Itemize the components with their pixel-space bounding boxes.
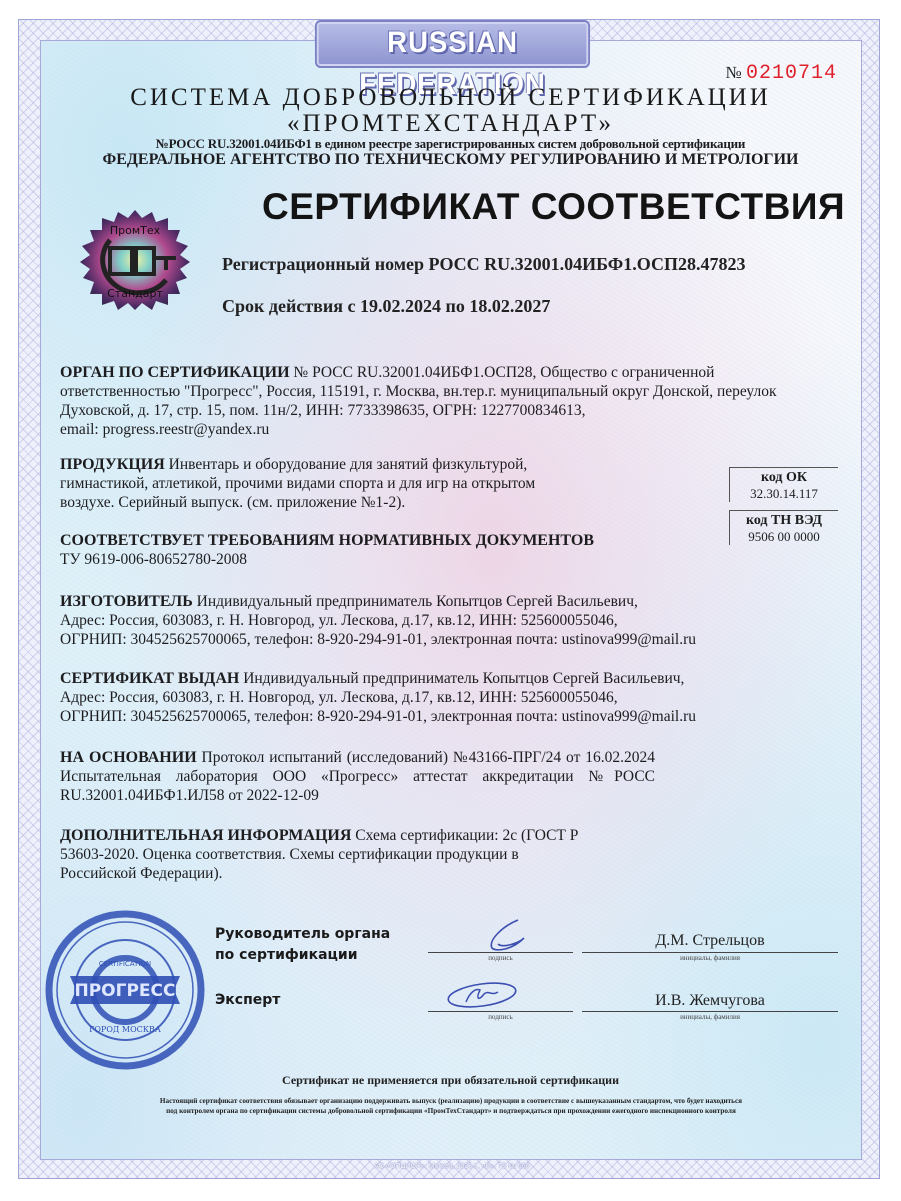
footer-note: Настоящий сертификат соответствия обязыв…	[75, 1096, 827, 1116]
svg-text:CERTIFICATION: CERTIFICATION	[99, 960, 151, 968]
expert-signature-icon	[440, 980, 520, 1012]
expert-name-line	[582, 1011, 838, 1012]
section-products: ПРОДУКЦИЯ Инвентарь и оборудование для з…	[60, 455, 820, 512]
expert-label: Эксперт	[215, 990, 280, 1011]
expert-signature-line	[428, 1011, 573, 1012]
promtechstandart-logo-icon: ПромТех Стандарт	[80, 210, 190, 310]
standard-value: ТУ 9619-006-80652780-2008	[60, 550, 820, 569]
svg-text:Стандарт: Стандарт	[107, 287, 163, 300]
svg-text:ГОРОД МОСКВА: ГОРОД МОСКВА	[89, 1025, 161, 1034]
agency-name: ФЕДЕРАЛЬНОЕ АГЕНТСТВО ПО ТЕХНИЧЕСКОМУ РЕ…	[0, 151, 901, 169]
serial-prefix: №	[726, 63, 742, 82]
section-label: ИЗГОТОВИТЕЛЬ	[60, 593, 193, 610]
name-caption: инициалы, фамилия	[582, 1013, 838, 1021]
registration-number: Регистрационный номер РОСС RU.32001.04ИБ…	[222, 254, 745, 275]
registry-line: №РОСС RU.32001.04ИБФ1 в едином реестре з…	[0, 136, 901, 152]
section-additional-info: ДОПОЛНИТЕЛЬНАЯ ИНФОРМАЦИЯ Схема сертифик…	[60, 826, 820, 883]
ok-code-box: код ОК 32.30.14.117	[729, 467, 838, 502]
svg-text:ПРОГРЕСС: ПРОГРЕСС	[75, 981, 176, 1001]
country-banner: RUSSIAN FEDERATION	[315, 20, 590, 68]
section-label: ДОПОЛНИТЕЛЬНАЯ ИНФОРМАЦИЯ	[60, 827, 351, 844]
section-compliance: СООТВЕТСТВУЕТ ТРЕБОВАНИЯМ НОРМАТИВНЫХ ДО…	[60, 531, 820, 569]
printer-imprint: АО «ОПЦИОН», Москва, 2023 г., «В», ТЗ № …	[374, 1163, 529, 1170]
svg-text:ПромТех: ПромТех	[110, 224, 161, 237]
expert-name: И.В. Жемчугова	[582, 992, 838, 1010]
section-issued-to: СЕРТИФИКАТ ВЫДАН Индивидуальный предприн…	[60, 669, 820, 726]
tnved-code-label: код ТН ВЭД	[730, 513, 838, 529]
validity-period: Срок действия с 19.02.2024 по 18.02.2027	[222, 296, 550, 317]
section-basis: НА ОСНОВАНИИ Протокол испытаний (исследо…	[60, 748, 655, 805]
name-caption: инициалы, фамилия	[582, 954, 838, 962]
head-name-line	[582, 952, 838, 953]
section-certification-body: ОРГАН ПО СЕРТИФИКАЦИИ № РОСС RU.32001.04…	[60, 363, 820, 439]
serial-value: 0210714	[746, 62, 837, 85]
system-title: СИСТЕМА ДОБРОВОЛЬНОЙ СЕРТИФИКАЦИИ	[0, 84, 901, 112]
signature-caption: подпись	[428, 954, 573, 962]
signature-caption: подпись	[428, 1013, 573, 1021]
ok-code-label: код ОК	[730, 470, 838, 486]
section-label: СЕРТИФИКАТ ВЫДАН	[60, 670, 239, 687]
progress-seal-stamp-icon: ПРОГРЕСС CERTIFICATION ГОРОД МОСКВА	[40, 910, 210, 1070]
certificate-title: СЕРТИФИКАТ СООТВЕТСТВИЯ	[262, 186, 845, 228]
head-name: Д.М. Стрельцов	[582, 932, 838, 950]
section-label: СООТВЕТСТВУЕТ ТРЕБОВАНИЯМ НОРМАТИВНЫХ ДО…	[60, 532, 594, 549]
serial-number: № 0210714	[726, 62, 838, 85]
section-manufacturer: ИЗГОТОВИТЕЛЬ Индивидуальный предпринимат…	[60, 592, 820, 649]
head-signature-icon	[478, 918, 538, 954]
head-of-body-label: Руководитель органа по сертификации	[215, 924, 390, 966]
section-label: НА ОСНОВАНИИ	[60, 749, 197, 766]
footer-disclaimer: Сертификат не применяется при обязательн…	[0, 1073, 901, 1088]
section-label: ОРГАН ПО СЕРТИФИКАЦИИ	[60, 364, 290, 381]
ok-code-value: 32.30.14.117	[730, 486, 838, 502]
head-signature-line	[428, 952, 573, 953]
system-name: «ПРОМТЕХСТАНДАРТ»	[0, 110, 901, 138]
section-label: ПРОДУКЦИЯ	[60, 456, 165, 473]
